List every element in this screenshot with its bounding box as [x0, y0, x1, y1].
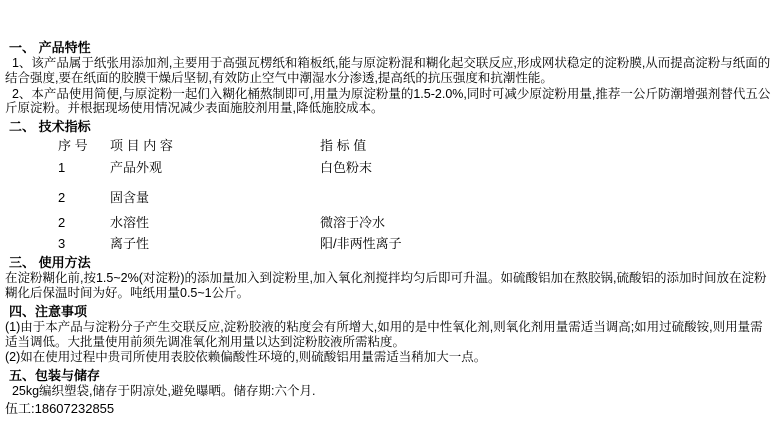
- column-header-index: 序 号: [58, 137, 110, 154]
- cell-index: 1: [58, 159, 110, 176]
- paragraph-feature-1: 1、该产品属于纸张用添加剂,主要用于高强瓦楞纸和箱板纸,能与原淀粉混和糊化起交联…: [5, 56, 773, 86]
- table-row: 2 固含量: [5, 189, 773, 206]
- cell-value: 白色粉末: [320, 159, 773, 176]
- table-row: 1 产品外观 白色粉末: [5, 159, 773, 176]
- cell-value: 阳/非两性离子: [320, 235, 773, 252]
- section-heading-usage: 三、 使用方法: [5, 255, 773, 270]
- cell-index: 2: [58, 214, 110, 231]
- paragraph-note-2: (2)如在使用过程中贵司所使用表胶依赖偏酸性环境的,则硫酸铝用量需适当稍加大一点…: [5, 350, 773, 365]
- table-row: 3 离子性 阳/非两性离子: [5, 235, 773, 252]
- cell-item: 固含量: [110, 189, 320, 206]
- section-heading-product-features: 一、 产品特性: [5, 40, 773, 55]
- cell-item: 水溶性: [110, 214, 320, 231]
- cell-item: 离子性: [110, 235, 320, 252]
- paragraph-feature-2: 2、本产品使用简便,与原淀粉一起们入糊化桶熬制即可,用量为原淀粉量的1.5-2.…: [5, 87, 773, 117]
- cell-index: 3: [58, 235, 110, 252]
- cell-value: [320, 189, 773, 206]
- section-heading-notes: 四、注意事项: [5, 304, 773, 319]
- section-heading-tech-specs: 二、 技术指标: [5, 119, 773, 134]
- cell-item: 产品外观: [110, 159, 320, 176]
- table-row: 2 水溶性 微溶于冷水: [5, 214, 773, 231]
- cell-index: 2: [58, 189, 110, 206]
- tech-specs-table: 序 号 项 目 内 容 指 标 值 1 产品外观 白色粉末 2 固含量 2 水溶…: [5, 137, 773, 252]
- paragraph-note-1: (1)由于本产品与淀粉分子产生交联反应,淀粉胶液的粘度会有所增大,如用的是中性氧…: [5, 320, 773, 350]
- cell-value: 微溶于冷水: [320, 214, 773, 231]
- paragraph-usage: 在淀粉糊化前,按1.5~2%(对淀粉)的添加量加入到淀粉里,加入氧化剂搅拌均匀后…: [5, 271, 773, 301]
- contact-line: 伍工:18607232855: [5, 401, 773, 417]
- section-heading-storage: 五、包装与储存: [5, 368, 773, 383]
- document: 一、 产品特性 1、该产品属于纸张用添加剂,主要用于高强瓦楞纸和箱板纸,能与原淀…: [0, 0, 778, 417]
- column-header-value: 指 标 值: [320, 137, 773, 154]
- paragraph-storage: 25kg编织塑袋,储存于阴凉处,避免曝晒。储存期:六个月.: [5, 384, 773, 399]
- column-header-item: 项 目 内 容: [110, 137, 320, 154]
- table-header-row: 序 号 项 目 内 容 指 标 值: [5, 137, 773, 154]
